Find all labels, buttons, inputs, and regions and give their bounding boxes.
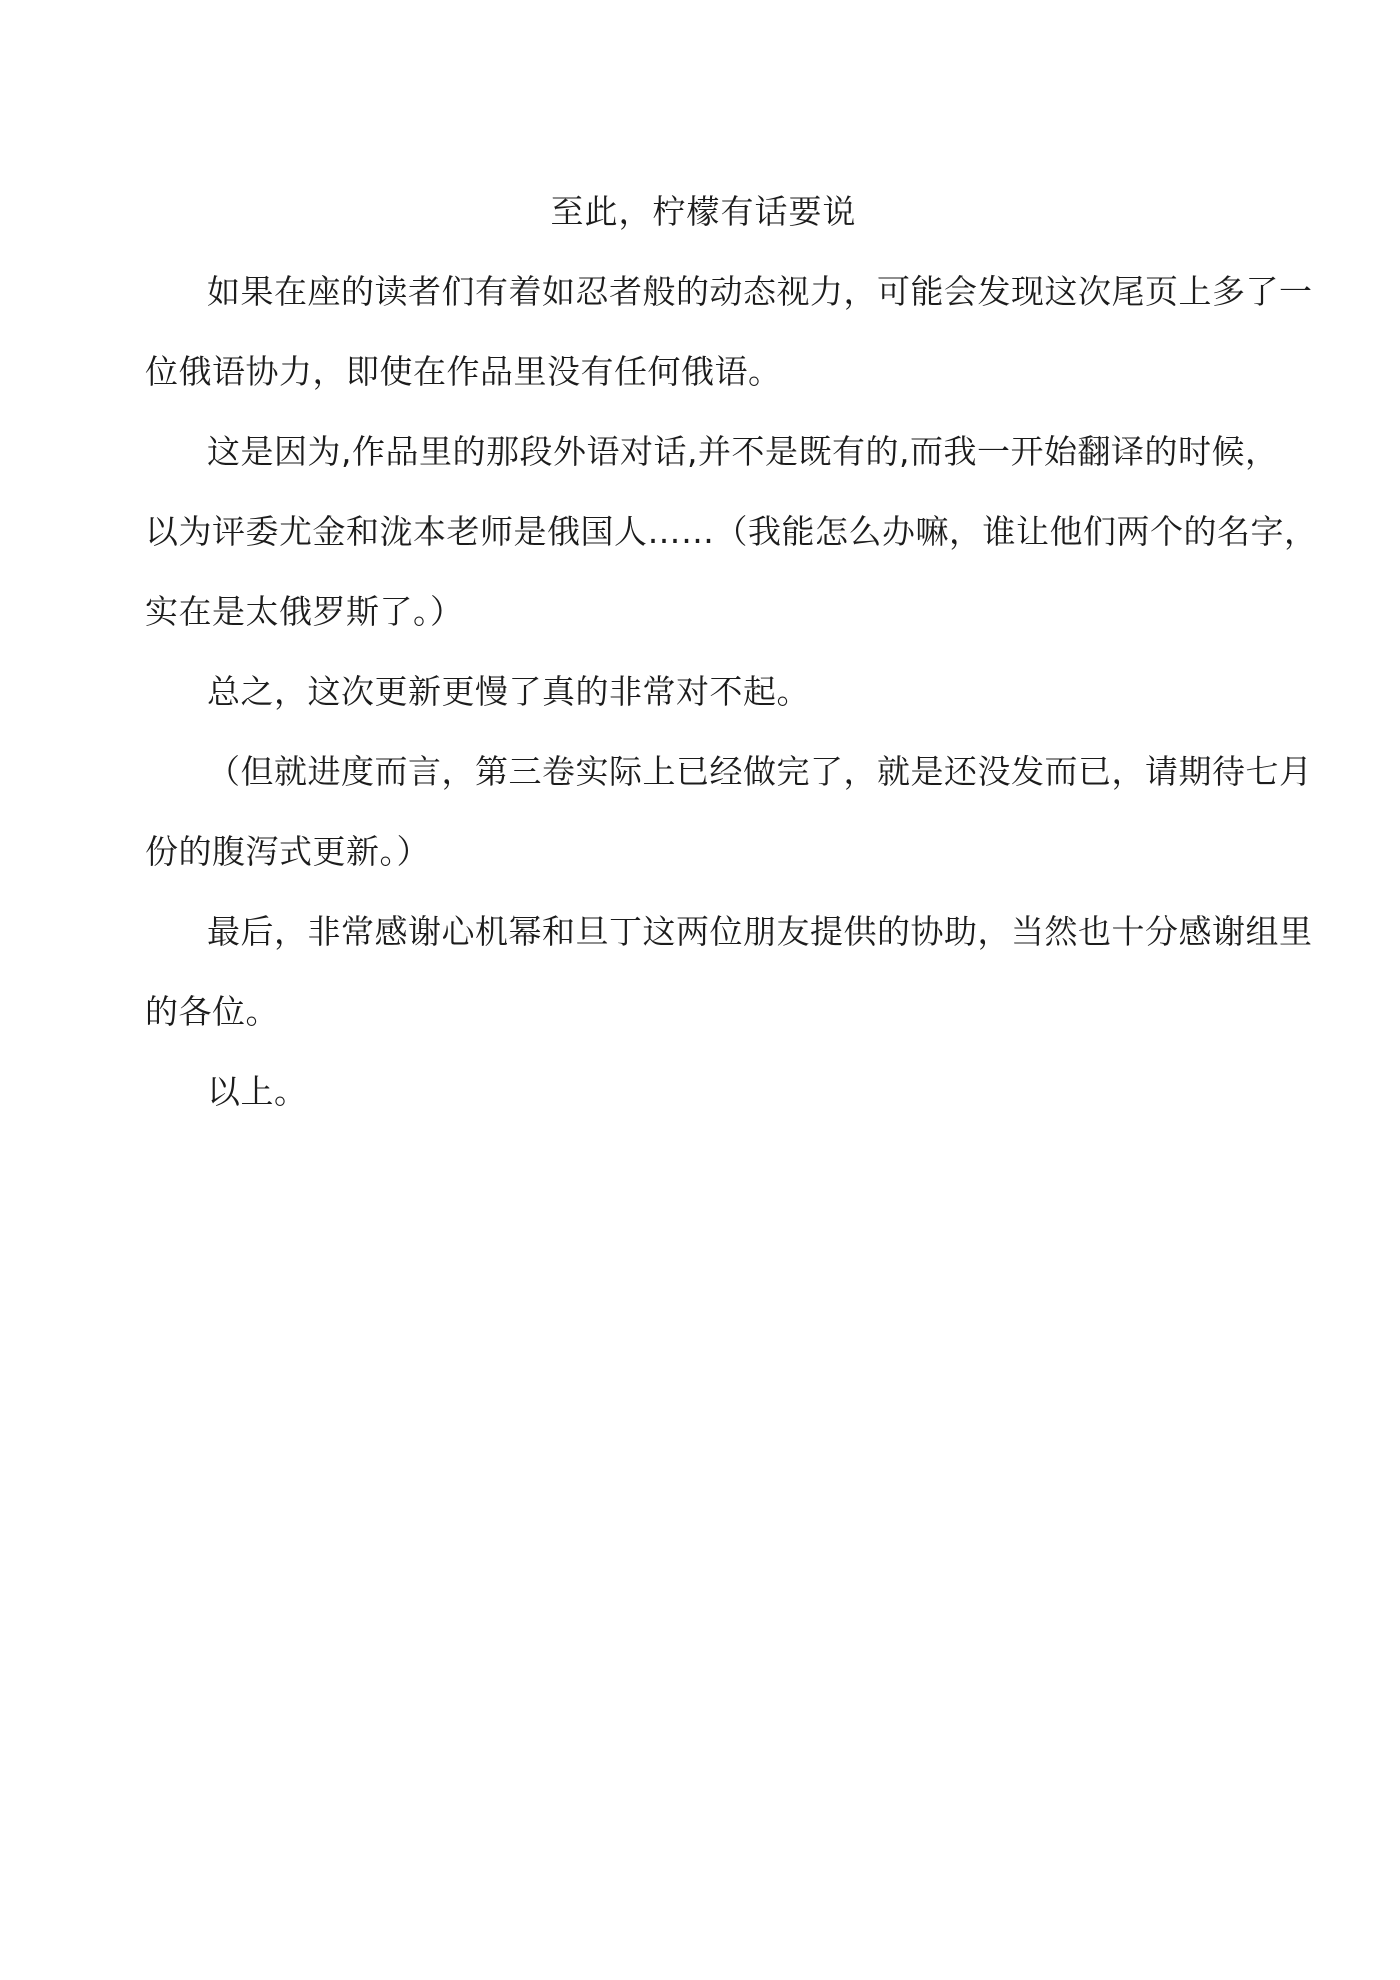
document-page: 至此，柠檬有话要说 如果在座的读者们有着如忍者般的动态视力，可能会发现这次尾页上… — [0, 0, 1400, 1980]
paragraphs-container: 如果在座的读者们有着如忍者般的动态视力，可能会发现这次尾页上多了一位俄语协力，即… — [145, 252, 1262, 1132]
paragraph-line: 以为评委尤金和泷本老师是俄国人……（我能怎么办嘛，谁让他们两个的名字， — [145, 492, 1262, 572]
paragraph-line: 总之，这次更新更慢了真的非常对不起。 — [145, 652, 1262, 732]
paragraph-line: 的各位。 — [145, 972, 1262, 1052]
paragraph-line: 位俄语协力，即使在作品里没有任何俄语。 — [145, 332, 1262, 412]
paragraph-line: 这是因为,作品里的那段外语对话,并不是既有的,而我一开始翻译的时候， — [145, 412, 1262, 492]
paragraph-line: （但就进度而言，第三卷实际上已经做完了，就是还没发而已，请期待七月 — [145, 732, 1262, 812]
paragraph-line: 以上。 — [145, 1052, 1262, 1132]
document-body: 至此，柠檬有话要说 如果在座的读者们有着如忍者般的动态视力，可能会发现这次尾页上… — [145, 172, 1262, 1132]
paragraph-line: 如果在座的读者们有着如忍者般的动态视力，可能会发现这次尾页上多了一 — [145, 252, 1262, 332]
page-title: 至此，柠檬有话要说 — [145, 172, 1262, 252]
paragraph-line: 份的腹泻式更新。） — [145, 812, 1262, 892]
paragraph-line: 实在是太俄罗斯了。） — [145, 572, 1262, 652]
paragraph-line: 最后，非常感谢心机幂和旦丁这两位朋友提供的协助，当然也十分感谢组里 — [145, 892, 1262, 972]
